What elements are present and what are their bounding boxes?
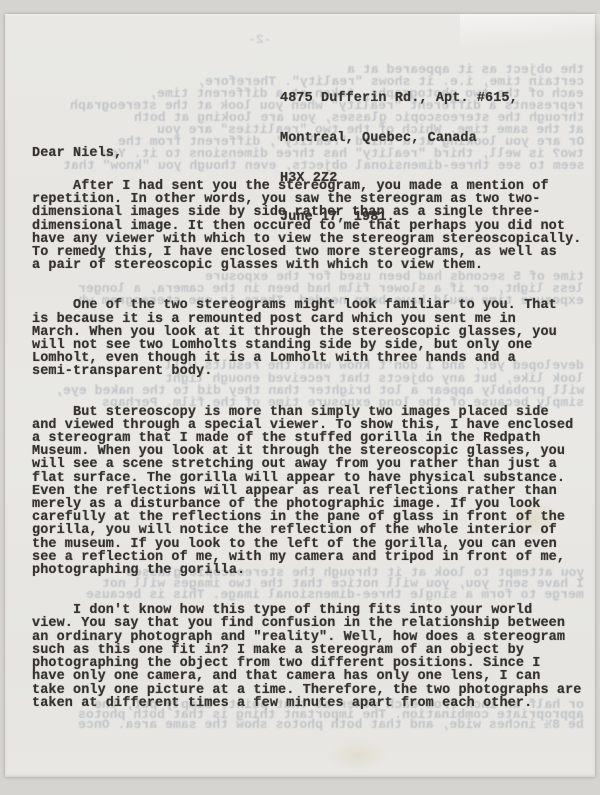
page-number-bleed: -2- <box>248 32 271 47</box>
letter-body: After I had sent you the stereogram, you… <box>32 180 582 737</box>
salutation: Dear Niels, <box>32 146 122 161</box>
address-line: 4875 Dufferin Rd., Apt. #615, <box>280 92 518 105</box>
paragraph: After I had sent you the stereogram, you… <box>32 180 582 272</box>
paragraph: I don't know how this type of thing fits… <box>32 604 582 710</box>
paragraph: But stereoscopy is more than simply two … <box>32 406 582 578</box>
address-line: Montreal, Quebec, Canada <box>280 132 518 145</box>
letter-scan: the object as it appeared at acertain ti… <box>0 0 600 795</box>
paragraph: One of the two stereograms might look fa… <box>32 299 582 378</box>
